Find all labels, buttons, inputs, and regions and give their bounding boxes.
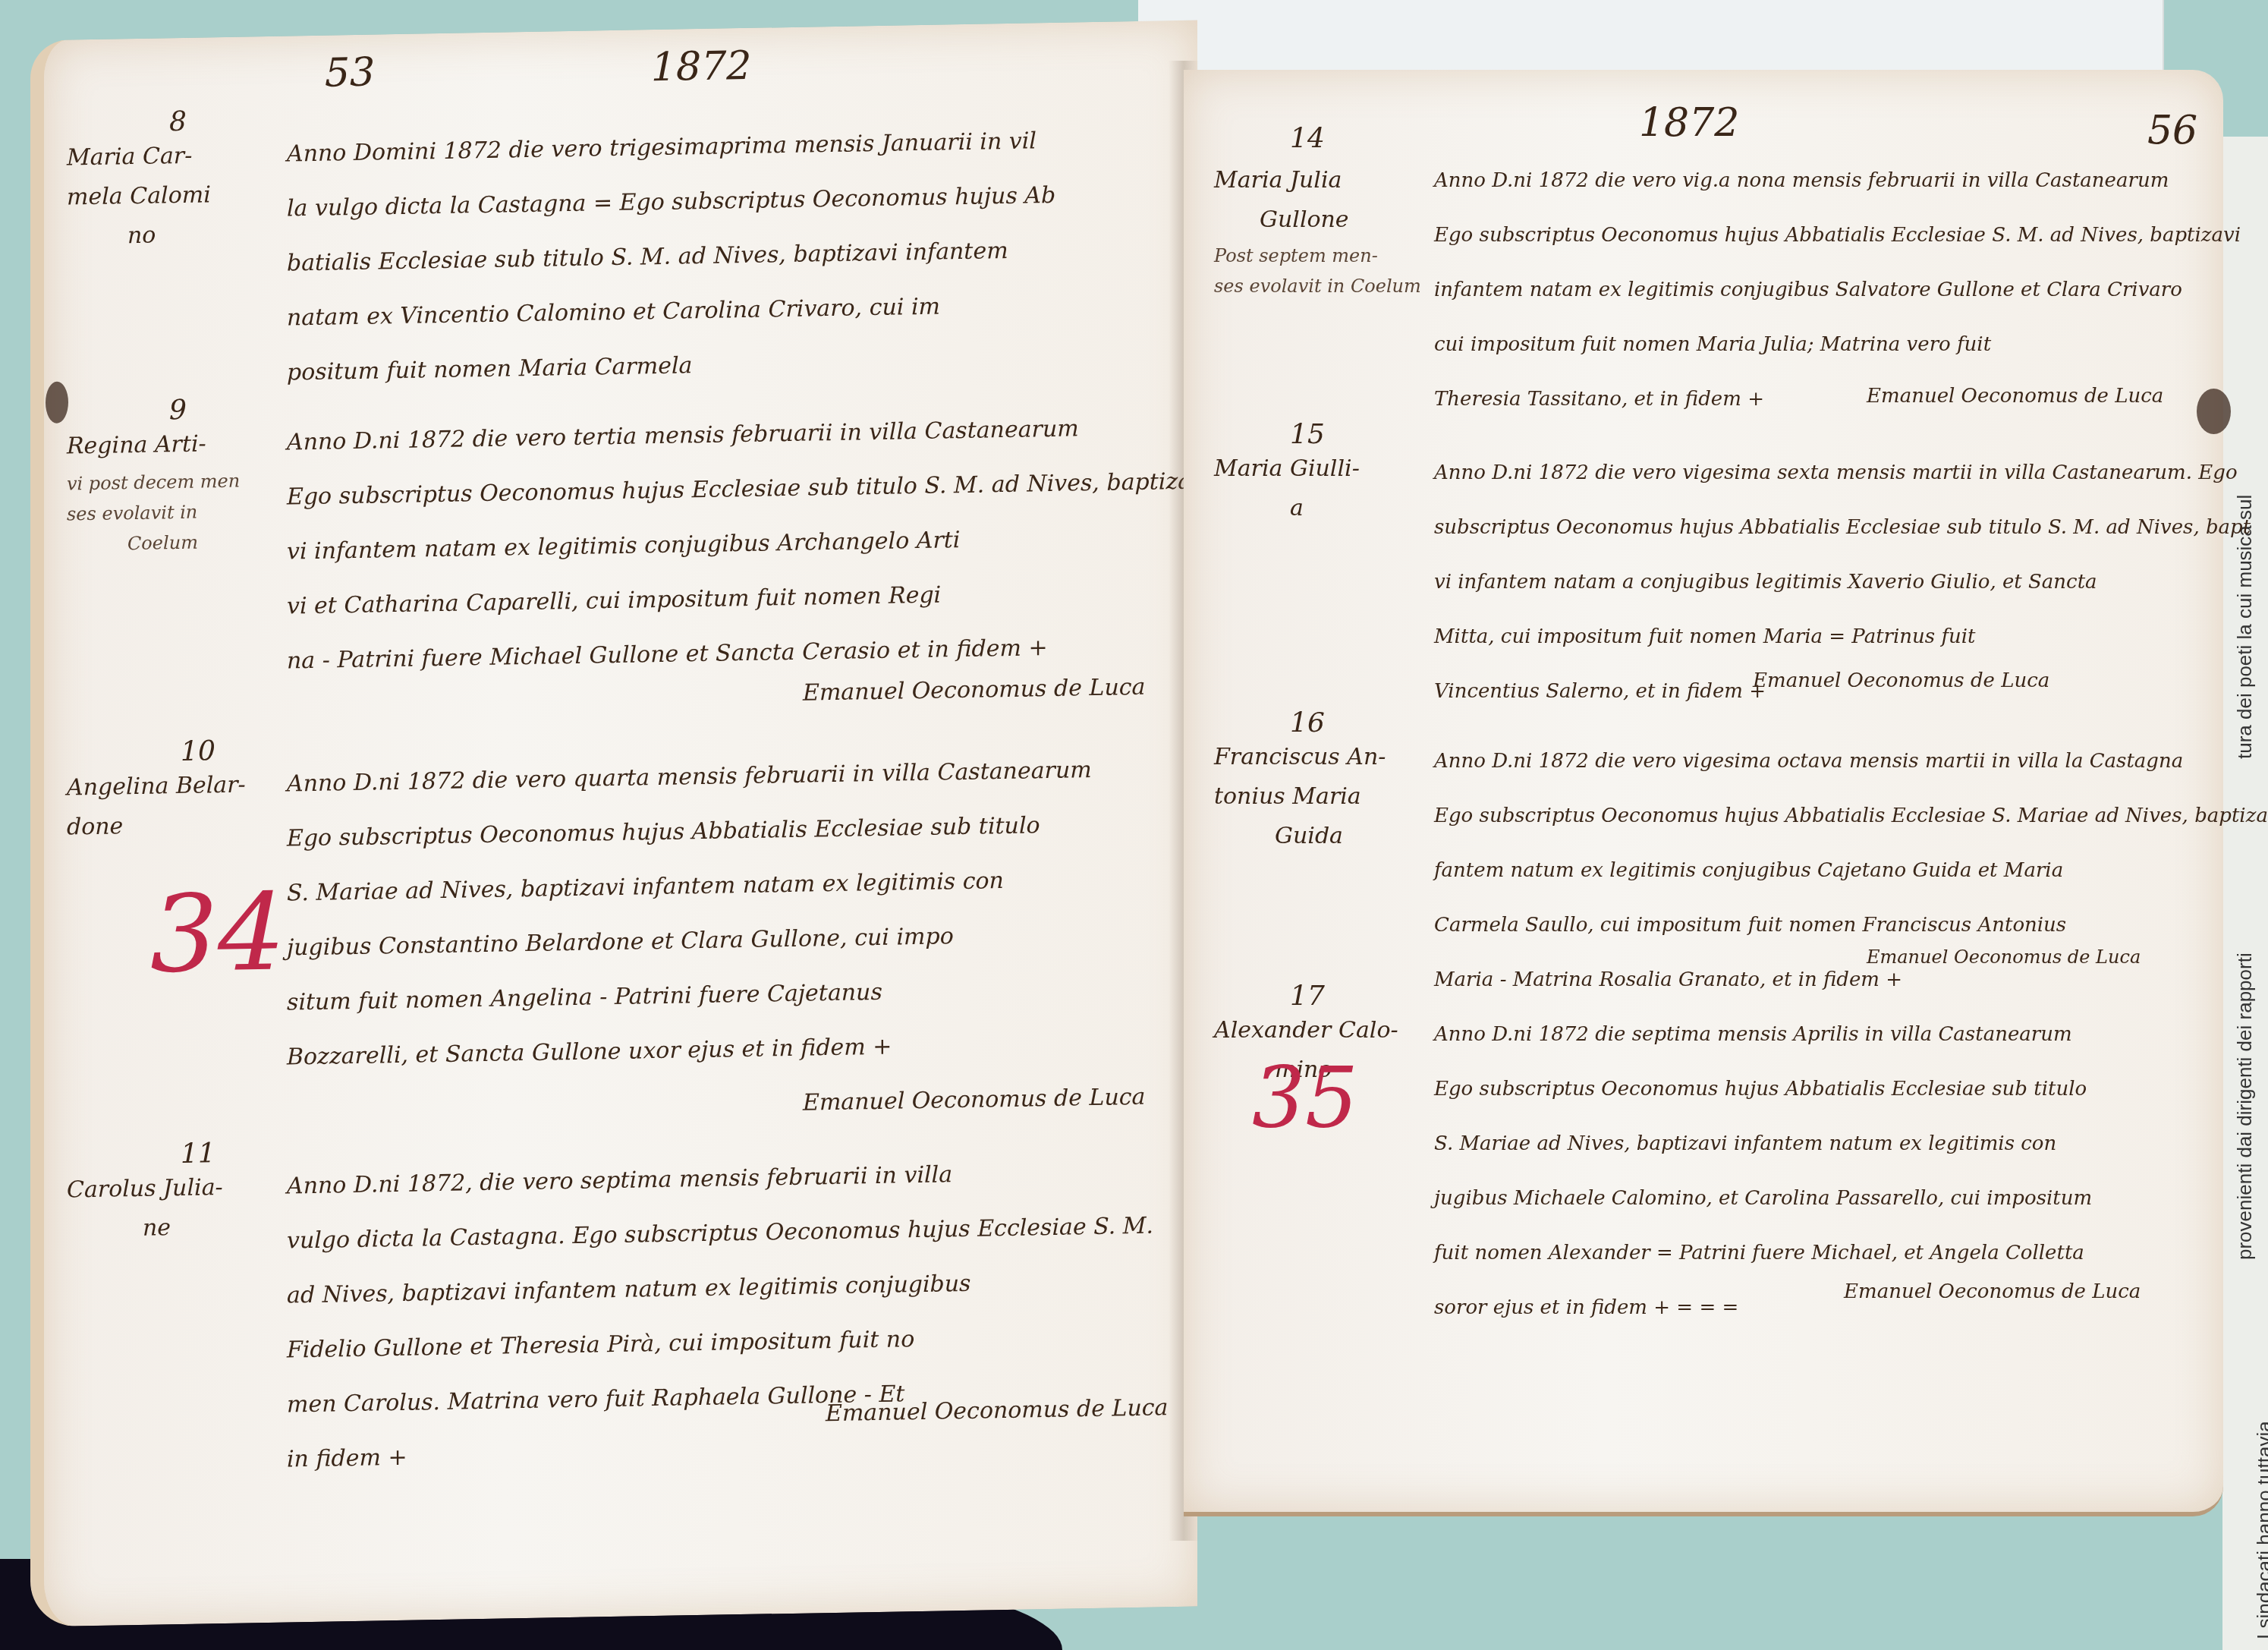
margin-name: Franciscus An- tonius Maria Guida xyxy=(1214,738,1442,856)
page-number: 56 xyxy=(2147,108,2197,153)
register-entry: 9 Regina Arti- vi post decem men ses evo… xyxy=(44,20,1197,41)
entry-text: Anno D.ni 1872 die vero quarta mensis fe… xyxy=(287,742,1159,1085)
entry-text: Anno D.ni 1872 die vero tertia mensis fe… xyxy=(287,400,1159,688)
signature: Emanuel Oeconomus de Luca xyxy=(1867,385,2163,408)
signature: Emanuel Oeconomus de Luca xyxy=(803,1084,1145,1116)
newsprint-text: I sindacati hanno tuttavia xyxy=(2253,1421,2268,1639)
entry-text: Anno Domini 1872 die vero trigesimaprima… xyxy=(287,112,1159,400)
register-entry: 10 Angelina Belar- done Anno D.ni 1872 d… xyxy=(44,20,1197,41)
margin-name: Maria Car- mela Calomi no xyxy=(67,134,294,257)
entry-number: 11 xyxy=(181,1138,215,1170)
margin-note: vi post decem men ses evolavit in Coelum xyxy=(67,464,294,559)
entry-text: Anno D.ni 1872 die vero vigesima octava … xyxy=(1434,734,2268,1007)
entry-number: 16 xyxy=(1290,707,1325,738)
entry-text: Anno D.ni 1872, die vero septima mensis … xyxy=(287,1144,1159,1487)
signature: Emanuel Oeconomus de Luca xyxy=(1844,1280,2141,1303)
left-page: 53 1872 8 Maria Car- mela Calomi no Anno… xyxy=(30,20,1197,1627)
margin-note: Post septem men- ses evolavit in Coelum xyxy=(1214,241,1442,301)
register-entry: 13 xyxy=(44,20,1197,41)
signature: Emanuel Oeconomus de Luca xyxy=(1867,946,2141,968)
signature: Emanuel Oeconomus de Luca xyxy=(803,674,1145,707)
ink-stain xyxy=(46,382,68,424)
margin-name: Angelina Belar- done xyxy=(67,764,294,847)
margin-name: Regina Arti- xyxy=(67,423,294,466)
entry-number: 10 xyxy=(181,735,215,767)
margin-name: Maria Julia Gullone xyxy=(1214,161,1442,240)
entry-number: 15 xyxy=(1290,419,1325,450)
page-year: 1872 xyxy=(1639,100,1739,146)
register-entry: 11 Carolus Julia- ne Anno D.ni 1872, die… xyxy=(44,20,1197,41)
red-page-annotation: 35 xyxy=(1252,1049,1358,1146)
right-page: 1872 56 14 Maria Julia Gullone Post sept… xyxy=(1184,70,2223,1516)
signature: Emanuel Oeconomus de Luca xyxy=(1753,669,2049,692)
page-number: 53 xyxy=(325,49,375,96)
entry-number: 17 xyxy=(1290,981,1325,1012)
margin-name: Carolus Julia- ne xyxy=(67,1167,294,1249)
margin-name: Maria Giulli- a xyxy=(1214,449,1442,528)
register-entry: 8 Maria Car- mela Calomi no Anno Domini … xyxy=(44,20,1197,41)
entry-number: 9 xyxy=(169,395,187,426)
entry-number: 14 xyxy=(1290,123,1325,154)
register-entry: 12 xyxy=(44,20,1197,41)
page-year: 1872 xyxy=(651,43,751,90)
red-page-annotation: 34 xyxy=(150,871,285,997)
entry-number: 8 xyxy=(169,106,187,137)
